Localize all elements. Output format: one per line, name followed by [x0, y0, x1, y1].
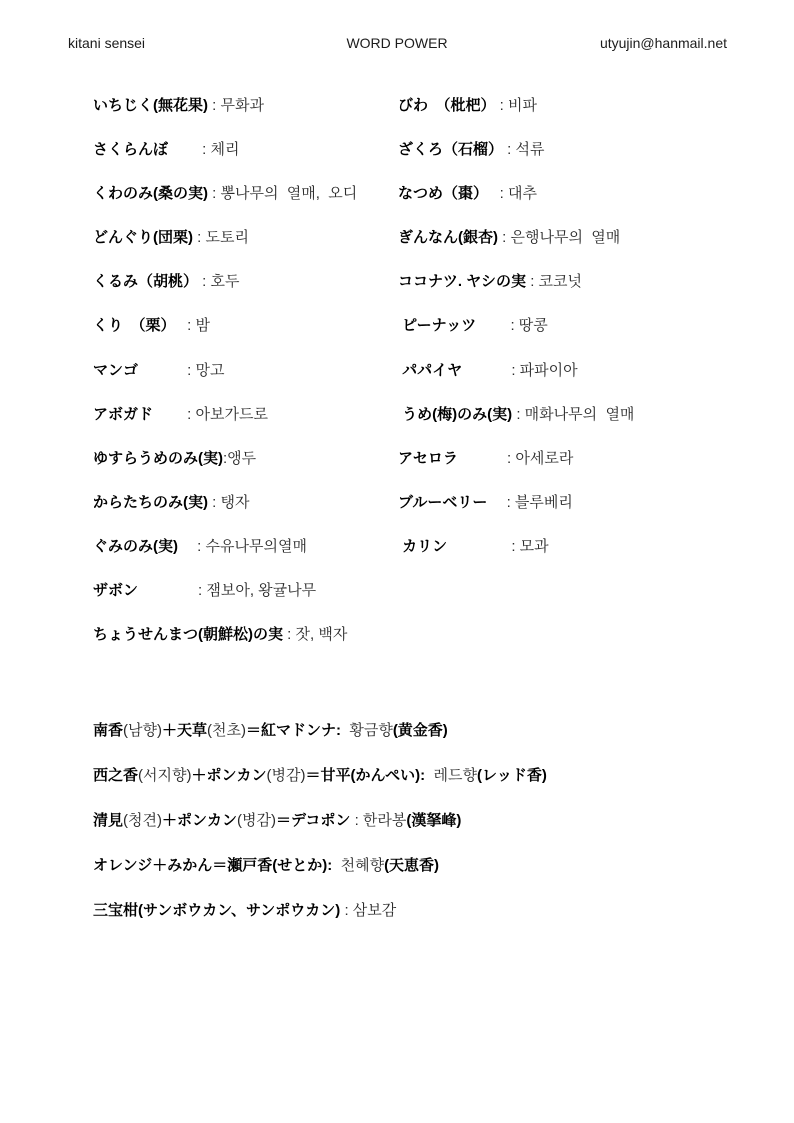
japanese-text: 西之香 [93, 767, 138, 784]
japanese-text: オレンジ＋みかん＝瀬戸香(せとか): [93, 857, 332, 874]
korean-text: : 탱자 [208, 494, 249, 511]
japanese-text: いちじく(無花果) [93, 97, 208, 114]
korean-text: :앵두 [223, 450, 256, 467]
korean-text: : 뽕나무의 열매, 오디 [208, 185, 357, 202]
list-item: マンゴ : 망고 [93, 349, 357, 393]
japanese-text: くり （栗） [93, 317, 183, 334]
korean-text: : 삼보감 [340, 902, 396, 919]
citrus-hybrid-list: 南香(남향)＋天草(천초)＝紅マドンナ: 황금향(黄金香)西之香(서지향)＋ポン… [93, 708, 547, 933]
korean-text: : 잣, 백자 [283, 626, 347, 643]
korean-text: : 무화과 [208, 97, 264, 114]
japanese-text: ＋天草 [162, 722, 207, 739]
list-item: ゆすらうめのみ(実):앵두 [93, 437, 357, 481]
list-item: オレンジ＋みかん＝瀬戸香(せとか): 천혜향(天恵香) [93, 843, 547, 888]
korean-text: : 체리 [202, 141, 239, 158]
list-item: いちじく(無花果) : 무화과 [93, 84, 357, 128]
japanese-text: びわ （枇杷） [398, 97, 496, 114]
korean-text: : 대추 [496, 185, 537, 202]
korean-text: : 파파이아 [511, 362, 577, 379]
korean-text: (병감) [237, 812, 276, 829]
japanese-text: 三宝柑(サンボウカン、サンポウカン) [93, 902, 340, 919]
list-item: ぎんなん(銀杏) : 은행나무의 열매 [398, 216, 634, 260]
korean-text: : 밤 [183, 317, 210, 334]
japanese-text: ＝甘平(かんぺい): [305, 767, 425, 784]
japanese-text: マンゴ [93, 362, 187, 379]
japanese-text: ＝紅マドンナ: [246, 722, 341, 739]
korean-text: : 코코넛 [526, 273, 582, 290]
list-item: なつめ（棗） : 대추 [398, 172, 634, 216]
document-page: kitani sensei WORD POWER utyujin@hanmail… [0, 0, 794, 1123]
japanese-text: からたちのみ(実) [93, 494, 208, 511]
japanese-text: ブルーベリー [398, 494, 507, 511]
korean-text: (청견) [123, 812, 162, 829]
korean-text: : 블루베리 [507, 494, 573, 511]
japanese-text: ＋ポンカン [191, 767, 266, 784]
japanese-text: 南香 [93, 722, 123, 739]
list-item: アセロラ : 아세로라 [398, 437, 634, 481]
korean-text: : 망고 [187, 362, 224, 379]
japanese-text: アボガド [93, 406, 187, 423]
japanese-text: くるみ（胡桃） [93, 273, 198, 290]
japanese-text: パパイヤ [398, 362, 511, 379]
korean-text: : 매화나무의 열매 [512, 406, 634, 423]
list-item: からたちのみ(実) : 탱자 [93, 481, 357, 525]
korean-text: (천초) [207, 722, 246, 739]
korean-text: : 비파 [496, 97, 537, 114]
korean-text: : 은행나무의 열매 [498, 229, 620, 246]
korean-text: 레드향 [425, 767, 477, 784]
korean-text: : 한라봉 [350, 812, 406, 829]
list-item: うめ(梅)のみ(実) : 매화나무의 열매 [398, 393, 634, 437]
korean-text: : 아세로라 [507, 450, 573, 467]
list-item: さくらんぼ : 체리 [93, 128, 357, 172]
korean-text: (서지향) [138, 767, 191, 784]
korean-text: : 아보가드로 [187, 406, 268, 423]
list-item: 西之香(서지향)＋ポンカン(병감)＝甘平(かんぺい): 레드향(レッド香) [93, 753, 547, 798]
korean-text: (남향) [123, 722, 162, 739]
japanese-text: ちょうせんまつ(朝鮮松)の実 [93, 626, 283, 643]
japanese-text: アセロラ [398, 450, 507, 467]
japanese-text: ゆすらうめのみ(実) [93, 450, 223, 467]
japanese-text: ぐみのみ(実) [93, 538, 197, 555]
list-item: ココナツ. ヤシの実 : 코코넛 [398, 260, 634, 304]
list-item: 南香(남향)＋天草(천초)＝紅マドンナ: 황금향(黄金香) [93, 708, 547, 753]
japanese-text: なつめ（棗） [398, 185, 496, 202]
japanese-text: どんぐり(団栗) [93, 229, 193, 246]
list-item: ブルーベリー : 블루베리 [398, 481, 634, 525]
japanese-text: うめ(梅)のみ(実) [398, 406, 512, 423]
japanese-text: (黄金香) [393, 722, 448, 739]
japanese-text: ＋ポンカン [162, 812, 237, 829]
korean-text: : 잼보아, 왕귤나무 [198, 582, 316, 599]
fruit-list-right-column: びわ （枇杷） : 비파ざくろ（石榴） : 석류なつめ（棗） : 대추ぎんなん(… [398, 84, 634, 569]
japanese-text: ＝デコポン [276, 812, 350, 829]
japanese-text: さくらんぼ [93, 141, 202, 158]
korean-text: (병감) [267, 767, 306, 784]
list-item: パパイヤ : 파파이아 [398, 349, 634, 393]
japanese-text: ピーナッツ [398, 317, 510, 334]
japanese-text: ココナツ. ヤシの実 [398, 273, 526, 290]
japanese-text: ぎんなん(銀杏) [398, 229, 498, 246]
list-item: 三宝柑(サンボウカン、サンポウカン) : 삼보감 [93, 888, 547, 933]
korean-text: 천혜향 [332, 857, 384, 874]
list-item: カリン : 모과 [398, 525, 634, 569]
korean-text: : 모과 [511, 538, 548, 555]
fruit-list-left-column: いちじく(無花果) : 무화과さくらんぼ : 체리くわのみ(桑の実) : 뽕나무… [93, 84, 357, 657]
japanese-text: (レッド香) [477, 767, 547, 784]
japanese-text: ざくろ（石榴） [398, 141, 503, 158]
japanese-text: (天恵香) [384, 857, 439, 874]
header-author: kitani sensei [68, 33, 145, 53]
list-item: ザボン : 잼보아, 왕귤나무 [93, 569, 357, 613]
korean-text: : 땅콩 [510, 317, 547, 334]
list-item: ちょうせんまつ(朝鮮松)の実 : 잣, 백자 [93, 613, 357, 657]
list-item: アボガド : 아보가드로 [93, 393, 357, 437]
japanese-text: 清見 [93, 812, 123, 829]
list-item: ぐみのみ(実) : 수유나무의열매 [93, 525, 357, 569]
list-item: くるみ（胡桃） : 호두 [93, 260, 357, 304]
list-item: くわのみ(桑の実) : 뽕나무의 열매, 오디 [93, 172, 357, 216]
list-item: びわ （枇杷） : 비파 [398, 84, 634, 128]
korean-text: : 호두 [198, 273, 239, 290]
header-email: utyujin@hanmail.net [600, 33, 727, 53]
japanese-text: ザボン [93, 582, 198, 599]
japanese-text: くわのみ(桑の実) [93, 185, 208, 202]
korean-text: 황금향 [341, 722, 393, 739]
list-item: ざくろ（石榴） : 석류 [398, 128, 634, 172]
korean-text: : 석류 [503, 141, 544, 158]
page-title: WORD POWER [346, 33, 447, 53]
japanese-text: カリン [398, 538, 511, 555]
korean-text: : 도토리 [193, 229, 249, 246]
list-item: 清見(청견)＋ポンカン(병감)＝デコポン : 한라봉(漢拏峰) [93, 798, 547, 843]
list-item: ピーナッツ : 땅콩 [398, 304, 634, 348]
japanese-text: (漢拏峰) [406, 812, 461, 829]
list-item: どんぐり(団栗) : 도토리 [93, 216, 357, 260]
list-item: くり （栗） : 밤 [93, 304, 357, 348]
korean-text: : 수유나무의열매 [197, 538, 307, 555]
